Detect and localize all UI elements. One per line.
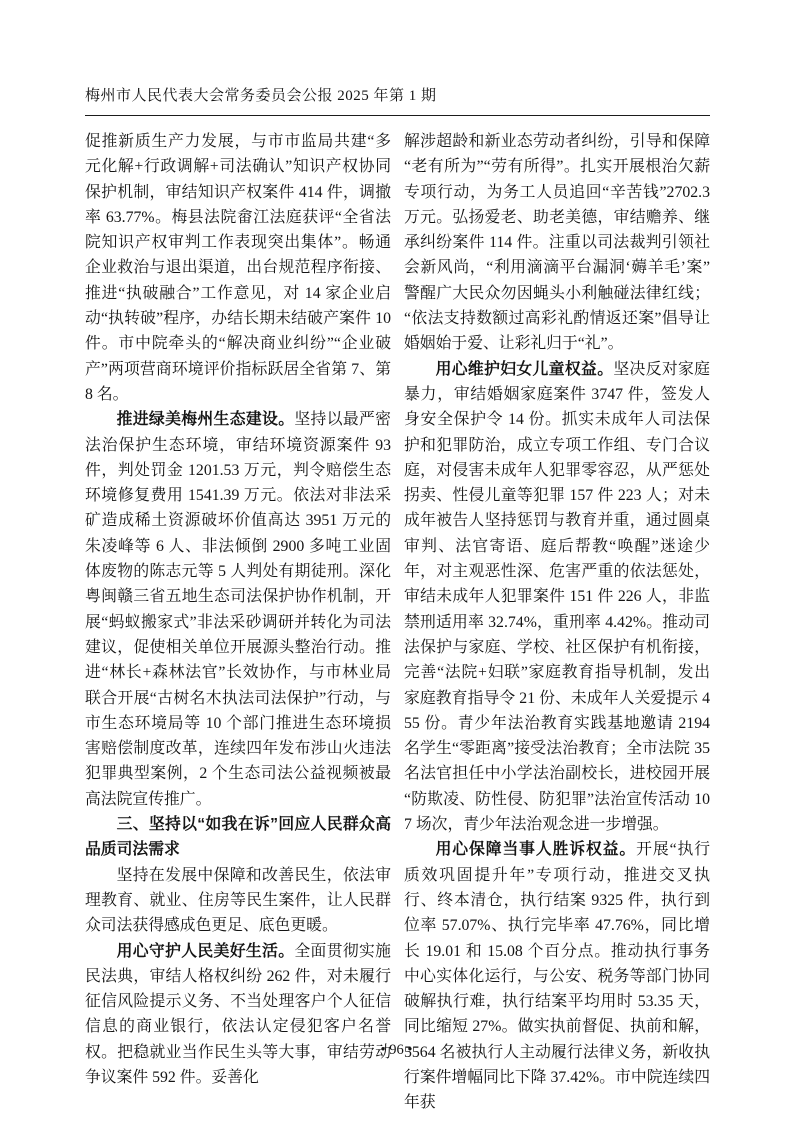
paragraph: 解涉超龄和新业态劳动者纠纷，引导和保障“老有所为”“劳有所得”。扎实开展根治欠薪… [404, 129, 710, 357]
paragraph-text: 全面贯彻实施民法典，审结人格权纠纷 262 件，对未履行征信风险提示义务、不当处… [85, 943, 391, 1086]
paragraph-lead: 用心守护人民美好生活。 [117, 943, 295, 960]
paragraph: 用心保障当事人胜诉权益。开展“执行质效巩固提升年”专项行动，推进交叉执行、终本清… [404, 837, 710, 1115]
paragraph-text: 促推新质生产力发展，与市市监局共建“多元化解+行政调解+司法确认”知识产权协同保… [85, 133, 391, 403]
paragraph-text: 坚决反对家庭暴力，审结婚姻家庭案件 3747 件，签发人身安全保护令 14 份。… [404, 361, 710, 833]
paragraph-lead: 推进绿美梅州生态建设。 [117, 411, 295, 428]
header-divider [85, 115, 710, 116]
paragraph-lead: 用心维护妇女儿童权益。 [436, 361, 614, 378]
paragraph-lead: 用心保障当事人胜诉权益。 [436, 841, 637, 858]
page-footer: • 96 • [0, 1042, 793, 1059]
paragraph-text: 解涉超龄和新业态劳动者纠纷，引导和保障“老有所为”“劳有所得”。扎实开展根治欠薪… [404, 133, 710, 352]
two-column-body: 促推新质生产力发展，与市市监局共建“多元化解+行政调解+司法确认”知识产权协同保… [85, 129, 710, 1116]
left-column: 促推新质生产力发展，与市市监局共建“多元化解+行政调解+司法确认”知识产权协同保… [85, 129, 391, 1116]
publication-title: 梅州市人民代表大会常务委员会公报 2025 年第 1 期 [85, 86, 710, 106]
paragraph: 用心守护人民美好生活。全面贯彻实施民法典，审结人格权纠纷 262 件，对未履行征… [85, 939, 391, 1091]
document-page: 梅州市人民代表大会常务委员会公报 2025 年第 1 期 促推新质生产力发展，与… [0, 0, 793, 1122]
paragraph: 用心维护妇女儿童权益。坚决反对家庭暴力，审结婚姻家庭案件 3747 件，签发人身… [404, 357, 710, 838]
paragraph: 促推新质生产力发展，与市市监局共建“多元化解+行政调解+司法确认”知识产权协同保… [85, 129, 391, 407]
page-number: • 96 • [381, 1042, 413, 1058]
section-heading: 三、坚持以“如我在诉”回应人民群众高品质司法需求 [85, 812, 391, 863]
paragraph: 推进绿美梅州生态建设。坚持以最严密法治保护生态环境，审结环境资源案件 93 件，… [85, 407, 391, 812]
paragraph-text: 坚持在发展中保障和改善民生，依法审理教育、就业、住房等民生案件，让人民群众司法获… [85, 867, 391, 935]
paragraph-text: 坚持以最严密法治保护生态环境，审结环境资源案件 93 件，判处罚金 1201.5… [85, 411, 391, 807]
paragraph: 坚持在发展中保障和改善民生，依法审理教育、就业、住房等民生案件，让人民群众司法获… [85, 863, 391, 939]
page-header: 梅州市人民代表大会常务委员会公报 2025 年第 1 期 [85, 86, 710, 116]
paragraph-text: 开展“执行质效巩固提升年”专项行动，推进交叉执行、终本清仓，执行结案 9325 … [404, 841, 710, 1111]
right-column: 解涉超龄和新业态劳动者纠纷，引导和保障“老有所为”“劳有所得”。扎实开展根治欠薪… [404, 129, 710, 1116]
